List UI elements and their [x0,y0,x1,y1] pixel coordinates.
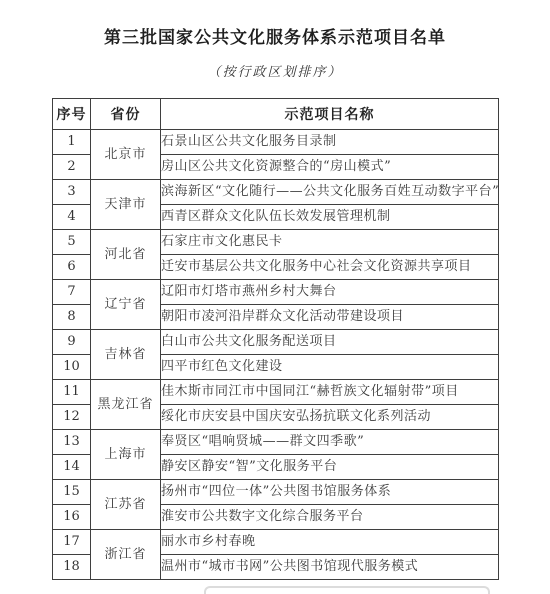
cell-序号: 10 [53,355,91,380]
cell-序号: 6 [53,255,91,280]
projects-table: 序号 省份 示范项目名称 1北京市石景山区公共文化服务目录制2房山区公共文化资源… [52,98,499,580]
table-row: 5河北省石家庄市文化惠民卡 [53,230,499,255]
cell-project: 温州市“城市书网”公共图书馆现代服务模式 [161,555,499,580]
cell-project: 房山区公共文化资源整合的“房山模式” [161,155,499,180]
cell-province: 上海市 [91,430,161,480]
cell-序号: 7 [53,280,91,305]
cell-project: 石景山区公共文化服务目录制 [161,130,499,155]
page-title: 第三批国家公共文化服务体系示范项目名单 [0,0,550,48]
column-header-no: 序号 [53,99,91,130]
table-row: 15江苏省扬州市“四位一体”公共图书馆服务体系 [53,480,499,505]
cell-序号: 13 [53,430,91,455]
cell-序号: 5 [53,230,91,255]
cell-序号: 9 [53,330,91,355]
cell-project: 西青区群众文化队伍长效发展管理机制 [161,205,499,230]
document-page: 第三批国家公共文化服务体系示范项目名单 （按行政区划排序） 序号 省份 示范项目… [0,0,550,594]
cell-project: 淮安市公共数字文化综合服务平台 [161,505,499,530]
cell-province: 吉林省 [91,330,161,380]
cell-序号: 17 [53,530,91,555]
table-row: 13上海市奉贤区“唱响贤城——群文四季歌” [53,430,499,455]
cell-project: 佳木斯市同江市中国同江“赫哲族文化辐射带”项目 [161,380,499,405]
table-header-row: 序号 省份 示范项目名称 [53,99,499,130]
table-row: 9吉林省白山市公共文化服务配送项目 [53,330,499,355]
cell-序号: 1 [53,130,91,155]
cell-province: 浙江省 [91,530,161,580]
cell-province: 北京市 [91,130,161,180]
table-row: 1北京市石景山区公共文化服务目录制 [53,130,499,155]
table-row: 17浙江省丽水市乡村春晚 [53,530,499,555]
cell-project: 奉贤区“唱响贤城——群文四季歌” [161,430,499,455]
cell-序号: 16 [53,505,91,530]
cell-序号: 14 [53,455,91,480]
next-page-top-edge [204,586,490,594]
table-row: 7辽宁省辽阳市灯塔市燕州乡村大舞台 [53,280,499,305]
table-body: 1北京市石景山区公共文化服务目录制2房山区公共文化资源整合的“房山模式”3天津市… [53,130,499,580]
cell-序号: 4 [53,205,91,230]
cell-序号: 11 [53,380,91,405]
cell-project: 扬州市“四位一体”公共图书馆服务体系 [161,480,499,505]
page-subtitle: （按行政区划排序） [0,61,550,80]
cell-province: 辽宁省 [91,280,161,330]
cell-project: 迁安市基层公共文化服务中心社会文化资源共享项目 [161,255,499,280]
cell-序号: 18 [53,555,91,580]
cell-序号: 12 [53,405,91,430]
cell-project: 朝阳市凌河沿岸群众文化活动带建设项目 [161,305,499,330]
cell-project: 滨海新区“文化随行——公共文化服务百姓互动数字平台” [161,180,499,205]
cell-province: 黑龙江省 [91,380,161,430]
cell-project: 辽阳市灯塔市燕州乡村大舞台 [161,280,499,305]
cell-province: 江苏省 [91,480,161,530]
cell-project: 静安区静安“智”文化服务平台 [161,455,499,480]
cell-project: 石家庄市文化惠民卡 [161,230,499,255]
table-row: 3天津市滨海新区“文化随行——公共文化服务百姓互动数字平台” [53,180,499,205]
cell-project: 白山市公共文化服务配送项目 [161,330,499,355]
cell-project: 四平市红色文化建设 [161,355,499,380]
cell-project: 绥化市庆安县中国庆安弘扬抗联文化系列活动 [161,405,499,430]
table-row: 11黑龙江省佳木斯市同江市中国同江“赫哲族文化辐射带”项目 [53,380,499,405]
column-header-project: 示范项目名称 [161,99,499,130]
cell-序号: 3 [53,180,91,205]
cell-province: 河北省 [91,230,161,280]
cell-序号: 2 [53,155,91,180]
cell-序号: 15 [53,480,91,505]
cell-序号: 8 [53,305,91,330]
cell-province: 天津市 [91,180,161,230]
column-header-province: 省份 [91,99,161,130]
cell-project: 丽水市乡村春晚 [161,530,499,555]
